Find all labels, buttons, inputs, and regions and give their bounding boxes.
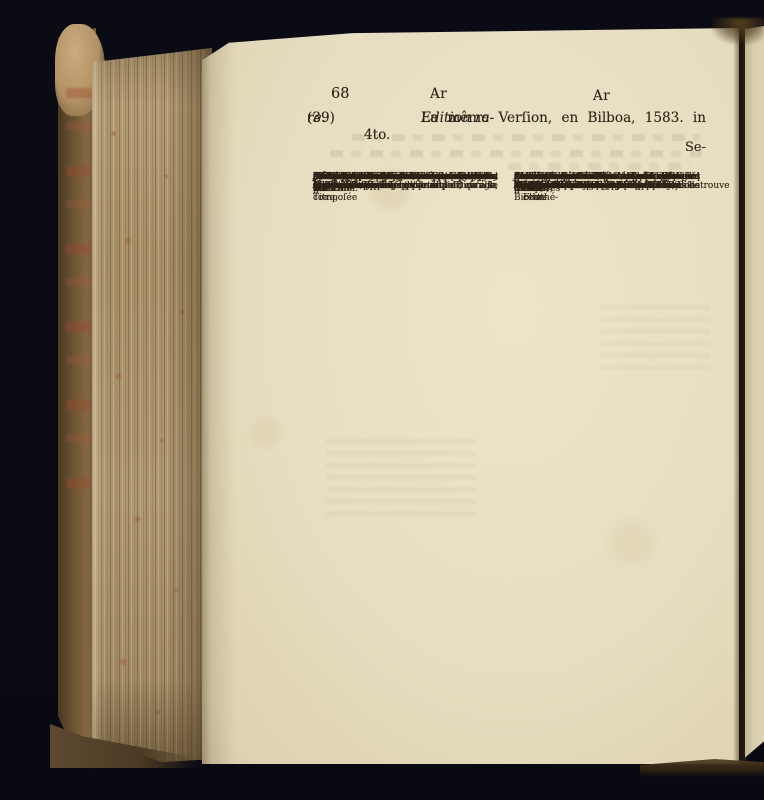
show-through-texture bbox=[600, 300, 710, 370]
gutter-crease bbox=[733, 28, 746, 764]
show-through-texture bbox=[326, 436, 476, 516]
book-photograph: 68 Ar Ar La même Verſion, en Bilboa, 158… bbox=[0, 0, 764, 800]
page-number: 68 bbox=[331, 86, 349, 102]
page-left-shadow bbox=[202, 28, 236, 764]
cover-corner-top-right bbox=[712, 18, 764, 44]
page-edges-shading bbox=[92, 48, 212, 762]
running-head-right: Ar bbox=[593, 88, 610, 104]
next-page-edge bbox=[745, 26, 764, 762]
signature-mark: Se- bbox=[606, 140, 706, 155]
running-head-left: Ar bbox=[430, 86, 447, 102]
page-edges-stack bbox=[92, 48, 212, 762]
spine-red-speckles bbox=[66, 88, 92, 508]
column-right: encore, à voir la Traduction Eſpagnolequ… bbox=[514, 171, 700, 180]
column-left: Nicol. Antonio ne l’a pas connue. Il en … bbox=[313, 171, 498, 180]
show-through-texture bbox=[508, 163, 690, 170]
